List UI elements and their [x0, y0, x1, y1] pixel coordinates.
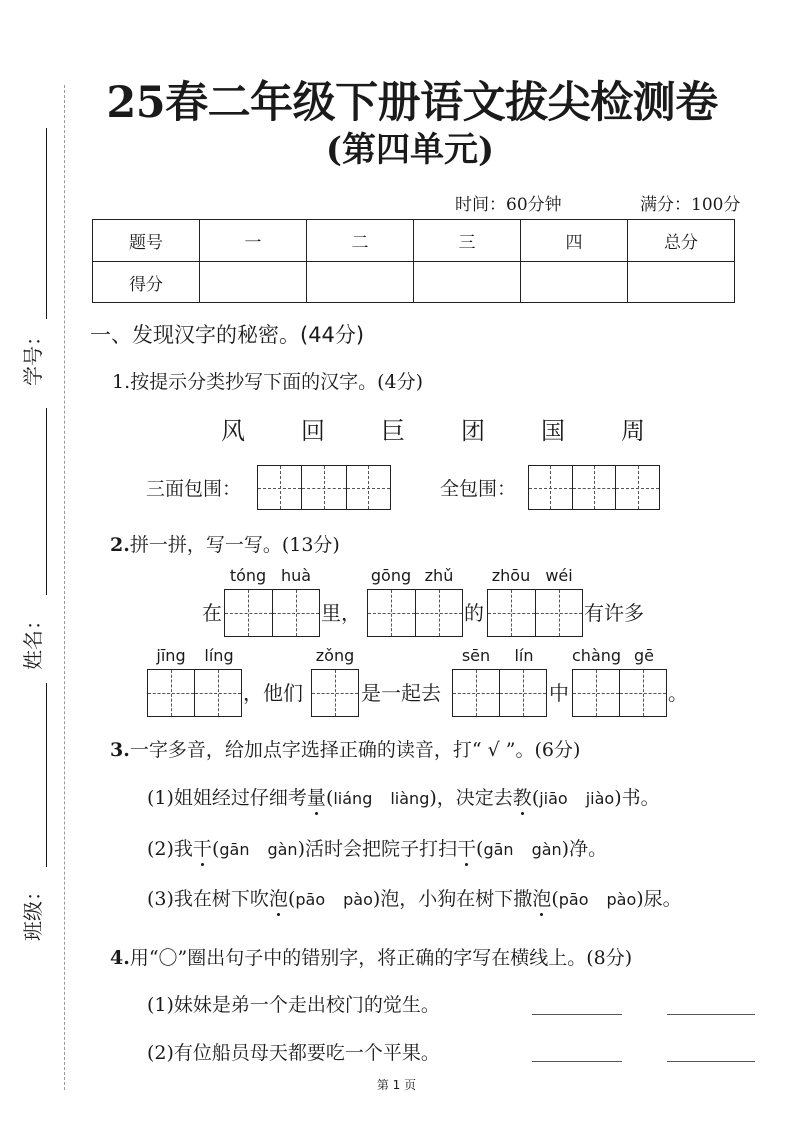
pinyin-option: pāo	[295, 890, 325, 909]
grid-cell	[416, 590, 463, 636]
pinyin-option: gān	[483, 840, 513, 859]
name-label: 姓名：	[21, 600, 45, 680]
writing-grid	[487, 589, 583, 637]
grid-cell	[368, 590, 416, 636]
given-character: 巨	[378, 419, 408, 443]
answer-blank	[532, 1014, 622, 1015]
pinyin-option: liáng	[333, 789, 372, 808]
sentence-fragment: 里，	[321, 602, 361, 624]
dotted-character: 泡	[269, 888, 288, 910]
fold-dashed-line	[64, 85, 65, 1090]
dotted-character: 泡	[532, 888, 551, 910]
item-text: (2)我	[147, 838, 193, 860]
question-number: 3.	[110, 739, 130, 761]
grid-cell	[500, 670, 546, 716]
given-character: 团	[458, 419, 488, 443]
grid-cell	[273, 590, 320, 636]
question-number: 1.	[112, 371, 130, 393]
grid-cell	[616, 466, 659, 509]
pinyin-option: liàng	[390, 789, 429, 808]
score-table: 题号 一 二 三 四 总分 得分	[92, 219, 735, 303]
given-character: 回	[298, 419, 328, 443]
grid-cell	[258, 466, 302, 509]
answer-blank	[532, 1061, 622, 1062]
answer-blank	[667, 1014, 755, 1015]
polyphone-item: (3)我在树下吹泡(pāopào)泡，小狗在树下撒泡(pāopào)尿。	[147, 888, 682, 911]
question-1-prompt: 1.按提示分类抄写下面的汉字。(4分)	[112, 371, 423, 393]
sentence-fragment: ，他们	[243, 682, 303, 704]
pinyin-label: huà	[272, 566, 320, 586]
writing-grid	[224, 589, 320, 637]
three-side-enclosure-label: 三面包围：	[146, 478, 241, 500]
time-limit: 时间：60分钟	[455, 195, 562, 215]
score-table-row-label: 得分	[93, 262, 200, 303]
page-number: 第 1 页	[0, 1078, 793, 1092]
item-text: 净。	[569, 838, 607, 860]
polyphone-item: (2)我干(gāngàn)活时会把院子打扫干(gāngàn)净。	[147, 838, 607, 861]
item-text: 尿。	[644, 888, 682, 910]
item-text: (3)我在树下吹	[147, 888, 269, 910]
student-id-line-lower	[46, 408, 47, 595]
pinyin-option: gàn	[267, 840, 297, 859]
sentence-fragment: 的	[464, 602, 484, 624]
grid-cell	[536, 590, 583, 636]
item-text: 活时会把院子打扫	[305, 838, 457, 860]
writing-grid	[367, 589, 463, 637]
pinyin-label: zǒng	[311, 646, 359, 666]
grid-cell	[620, 670, 666, 716]
pinyin-label: gē	[620, 646, 668, 666]
pinyin-label: zhǔ	[415, 566, 463, 586]
score-cell	[200, 262, 307, 303]
score-cell	[628, 262, 735, 303]
question-number: 2.	[110, 534, 130, 556]
writing-grid	[452, 669, 547, 717]
score-cell	[521, 262, 628, 303]
grid-cell	[573, 466, 617, 509]
typo-sentence: (1)妹妹是弟一个走出校门的觉生。	[147, 994, 440, 1016]
full-enclosure-label: 全包围：	[440, 478, 516, 500]
pinyin-label: wéi	[535, 566, 583, 586]
pinyin-option: pāo	[559, 890, 589, 909]
typo-sentence: (2)有位船员母天都要吃一个平果。	[147, 1042, 440, 1064]
grid-cell	[488, 590, 536, 636]
pinyin-option: jiāo	[539, 789, 567, 808]
item-text: 泡，小狗在树下撒	[380, 888, 532, 910]
score-table-header-cell: 二	[307, 220, 414, 262]
question-2-prompt: 2.拼一拼，写一写。(13分)	[110, 534, 340, 556]
sentence-fragment: 是一起去	[361, 682, 441, 704]
grid-cell	[312, 670, 358, 716]
question-3-prompt: 3.一字多音，给加点字选择正确的读音，打“ √ ”。(6分)	[110, 739, 580, 761]
sentence-fragment: 在	[202, 602, 222, 624]
dotted-character: 教	[513, 787, 532, 809]
grid-cell	[347, 466, 390, 509]
grid-cell	[195, 670, 241, 716]
score-cell	[307, 262, 414, 303]
item-text: 书。	[622, 787, 660, 809]
writing-grid-full-enclosure	[528, 465, 660, 510]
score-table-score-row: 得分	[93, 262, 735, 303]
pinyin-option: pào	[343, 890, 373, 909]
score-table-header-cell: 三	[414, 220, 521, 262]
grid-cell	[573, 670, 620, 716]
pinyin-option: gān	[219, 840, 249, 859]
name-line	[46, 683, 47, 867]
polyphone-item: (1)姐姐经过仔细考量(liángliàng)，决定去教(jiāojiào)书。	[147, 787, 660, 810]
answer-blank	[667, 1061, 755, 1062]
question-text: 拼一拼，写一写。(13分)	[130, 534, 340, 556]
pinyin-label: líng	[195, 646, 243, 666]
question-text: 用“〇”圈出句子中的错别字，将正确的字写在横线上。(8分)	[130, 947, 632, 969]
given-character: 风	[218, 419, 248, 443]
student-id-label: 学号：	[21, 316, 45, 396]
sentence-fragment: 有许多	[584, 602, 644, 624]
grid-cell	[453, 670, 500, 716]
question-text: 一字多音，给加点字选择正确的读音，打“ √ ”。(6分)	[130, 739, 581, 761]
score-table-header-cell: 四	[521, 220, 628, 262]
score-cell	[414, 262, 521, 303]
score-table-header-cell: 总分	[628, 220, 735, 262]
item-text: (1)姐姐经过仔细考	[147, 787, 307, 809]
score-table-header-row: 题号 一 二 三 四 总分	[93, 220, 735, 262]
writing-grid-three-side	[257, 465, 391, 510]
given-character: 周	[618, 419, 648, 443]
grid-cell	[302, 466, 346, 509]
page-subtitle: (第四单元)	[0, 130, 793, 170]
grid-cell	[225, 590, 273, 636]
full-score: 满分：100分	[640, 195, 740, 215]
sentence-fragment: 。	[668, 682, 688, 704]
pinyin-label: chàng	[572, 646, 620, 666]
pinyin-option: gàn	[532, 840, 562, 859]
pinyin-label: jīng	[147, 646, 195, 666]
writing-grid	[311, 669, 359, 717]
question-number: 4.	[110, 947, 130, 969]
score-table-header-cell: 一	[200, 220, 307, 262]
sentence-fragment: 中	[549, 682, 569, 704]
section-heading: 一、发现汉字的秘密。(44分)	[90, 323, 364, 347]
pinyin-label: sēn	[452, 646, 500, 666]
given-character: 国	[538, 419, 568, 443]
grid-cell	[148, 670, 195, 716]
score-table-header-cell: 题号	[93, 220, 200, 262]
class-label: 班级：	[21, 871, 45, 951]
pinyin-label: gōng	[367, 566, 415, 586]
dotted-character: 干	[193, 838, 212, 860]
writing-grid	[572, 669, 667, 717]
exam-page: 学号： 姓名： 班级： 25春二年级下册语文拔尖检测卷 (第四单元) 时间：60…	[0, 0, 793, 1122]
pinyin-label: lín	[500, 646, 548, 666]
pinyin-label: zhōu	[487, 566, 535, 586]
dotted-character: 干	[457, 838, 476, 860]
item-text: ，决定去	[437, 787, 513, 809]
pinyin-option: pào	[606, 890, 636, 909]
grid-cell	[529, 466, 573, 509]
page-title: 25春二年级下册语文拔尖检测卷	[0, 80, 793, 126]
writing-grid	[147, 669, 242, 717]
pinyin-option: jiào	[586, 789, 614, 808]
pinyin-label: tóng	[224, 566, 272, 586]
question-4-prompt: 4.用“〇”圈出句子中的错别字，将正确的字写在横线上。(8分)	[110, 947, 632, 969]
dotted-character: 量	[307, 787, 326, 809]
question-text: 按提示分类抄写下面的汉字。(4分)	[130, 371, 423, 393]
